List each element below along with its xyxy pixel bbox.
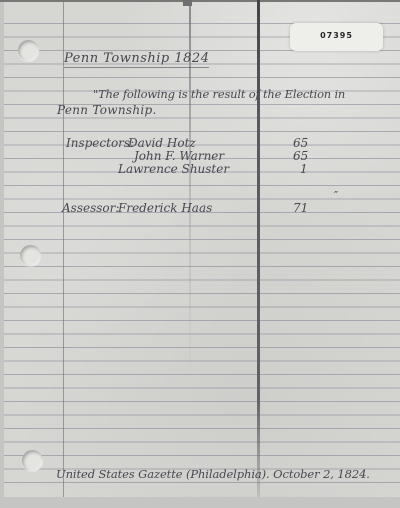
vote-count: 65 [293,149,308,163]
vote-count: 1 [300,162,308,176]
punch-hole-bottom [22,450,43,471]
page-title-text: Penn Township 1824 [64,51,209,68]
candidate-name: David Hotz [128,136,196,150]
punch-hole-middle [20,245,41,266]
vote-count: 65 [293,136,308,150]
punch-hole-top [18,40,39,61]
page-fold-line [257,0,260,497]
paper-top-edge [0,0,400,2]
intro-line-1: "The following is the result of the Elec… [93,87,345,101]
catalog-label: 07395 [290,23,383,51]
scanned-document: 07395 Penn Township 1824 "The following … [0,0,400,508]
intro-line-2: Penn Township. [57,103,157,117]
candidate-name: Frederick Haas [118,201,212,215]
margin-line [63,2,64,497]
page-title: Penn Township 1824 [64,51,209,66]
candidate-name: Lawrence Shuster [118,162,229,176]
office-label: Inspectors: [66,136,134,150]
vote-count: 71 [293,201,308,215]
candidate-name: John F. Warner [134,149,224,163]
office-label: Assessor: [62,201,119,215]
source-citation: United States Gazette (Philadelphia). Oc… [56,467,370,481]
ditto-mark: ″ [334,189,338,202]
catalog-number: 07395 [320,31,353,40]
